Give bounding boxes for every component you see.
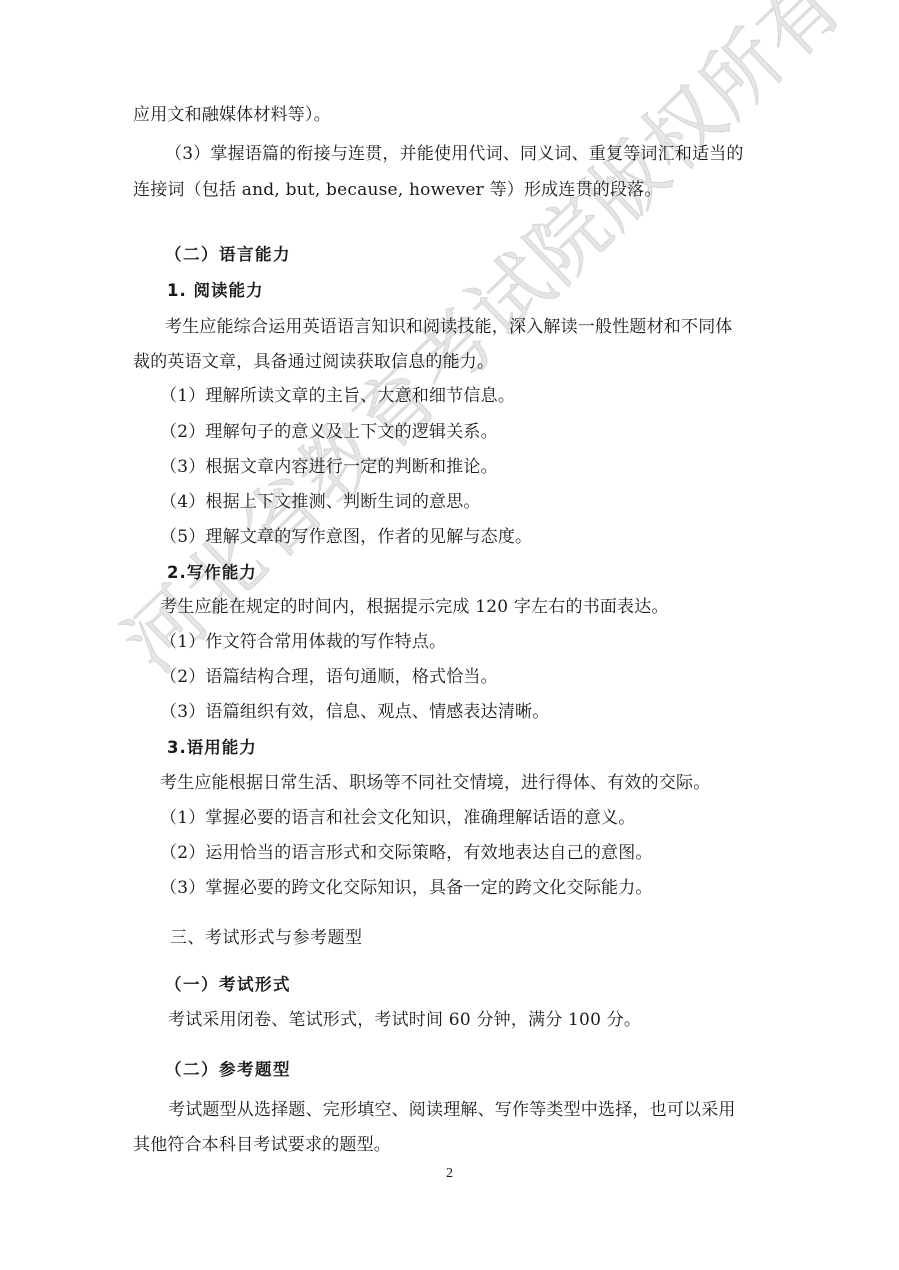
paragraph-line: （3）掌握语篇的衔接与连贯，并能使用代词、同义词、重复等词汇和适当的 bbox=[165, 143, 744, 165]
pragmatic-item: （3）掌握必要的跨文化交际知识，具备一定的跨文化交际能力。 bbox=[160, 877, 653, 899]
reading-intro-line: 裁的英语文章，具备通过阅读获取信息的能力。 bbox=[133, 351, 494, 373]
subsection-heading-exam-format: （一）考试形式 bbox=[165, 974, 291, 996]
reading-item: （2）理解句子的意义及上下文的逻辑关系。 bbox=[160, 421, 498, 443]
reading-item: （1）理解所读文章的主旨、大意和细节信息。 bbox=[160, 385, 515, 407]
writing-intro: 考生应能在规定的时间内，根据提示完成 120 字左右的书面表达。 bbox=[160, 596, 669, 618]
paragraph-line: 连接词（包括 and, but, because, however 等）形成连贯… bbox=[133, 179, 662, 201]
reading-item: （3）根据文章内容进行一定的判断和推论。 bbox=[160, 456, 498, 478]
section-heading-exam-form: 三、考试形式与参考题型 bbox=[170, 927, 363, 949]
subsection-heading-writing: 2.写作能力 bbox=[167, 562, 257, 584]
reading-item: （4）根据上下文推测、判断生词的意思。 bbox=[160, 491, 481, 513]
reading-item: （5）理解文章的写作意图，作者的见解与态度。 bbox=[160, 526, 532, 548]
document-page: 河北省教育考试院版权所有 应用文和融媒体材料等）。 （3）掌握语篇的衔接与连贯，… bbox=[0, 0, 899, 1270]
paragraph-line: 应用文和融媒体材料等）。 bbox=[133, 104, 331, 126]
writing-item: （1）作文符合常用体裁的写作特点。 bbox=[160, 631, 446, 653]
page-number: 2 bbox=[0, 1166, 899, 1182]
writing-item: （2）语篇结构合理，语句通顺，格式恰当。 bbox=[160, 666, 498, 688]
subsection-heading-pragmatic: 3.语用能力 bbox=[167, 737, 257, 759]
question-types-line: 考试题型从选择题、完形填空、阅读理解、写作等类型中选择，也可以采用 bbox=[168, 1099, 736, 1121]
pragmatic-intro: 考生应能根据日常生活、职场等不同社交情境，进行得体、有效的交际。 bbox=[160, 772, 710, 794]
reading-intro-line: 考生应能综合运用英语语言知识和阅读技能，深入解读一般性题材和不同体 bbox=[165, 316, 733, 338]
pragmatic-item: （1）掌握必要的语言和社会文化知识，准确理解话语的意义。 bbox=[160, 807, 635, 829]
writing-item: （3）语篇组织有效，信息、观点、情感表达清晰。 bbox=[160, 701, 549, 723]
section-heading-language-ability: （二）语言能力 bbox=[165, 244, 291, 266]
question-types-line: 其他符合本科目考试要求的题型。 bbox=[133, 1134, 391, 1156]
exam-format-text: 考试采用闭卷、笔试形式，考试时间 60 分钟，满分 100 分。 bbox=[168, 1009, 641, 1031]
subsection-heading-question-types: （二）参考题型 bbox=[165, 1059, 291, 1081]
pragmatic-item: （2）运用恰当的语言形式和交际策略，有效地表达自己的意图。 bbox=[160, 842, 653, 864]
subsection-heading-reading: 1. 阅读能力 bbox=[167, 280, 264, 302]
